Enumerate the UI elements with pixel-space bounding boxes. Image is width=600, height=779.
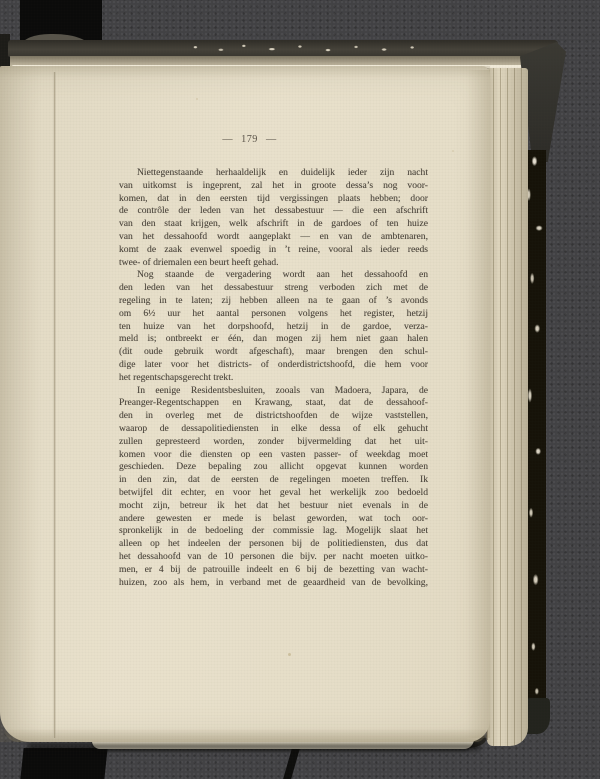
text-line: zullen gepresteerd worden, zonder bijver… [119, 436, 428, 449]
text-line: twee- of driemalen een beurt heeft gehad… [119, 257, 428, 270]
page-number: — 179 — [95, 134, 404, 145]
text-line: regeling in te laten; zij hebben alleen … [119, 295, 428, 308]
text-line: waarop de dessapolitiediensten in elke d… [119, 423, 428, 436]
text-line: geschieden. Deze bepaling zou allicht op… [119, 461, 428, 474]
book-scan-photo: — 179 — Niettegenstaande herhaaldelijk e… [0, 0, 600, 779]
text-line: komt de zaak evenwel spoedig in ’t reine… [119, 244, 428, 257]
text-line: dige later voor het districts- of onderd… [119, 359, 428, 372]
gutter-crease [53, 72, 56, 738]
text-line: van den staat krijgen, welk afschrift in… [119, 218, 428, 231]
text-line: huizen, zoo als hem, in verband met de g… [119, 577, 428, 590]
text-line: spronkelijk in de bedoeling der commissi… [119, 525, 428, 538]
page-right-shade [466, 70, 490, 738]
foxing-speck [452, 150, 454, 152]
text-line: van het dessahoofd wordt aangeplakt — en… [119, 231, 428, 244]
page-fore-edge-stack [487, 68, 528, 746]
book-top-edge-marbling [175, 42, 430, 55]
text-line: het regentschapsgerecht trekt. [119, 372, 428, 385]
gutter-shade [0, 66, 56, 742]
text-line: Preanger-Regentschappen en Krawang, staa… [119, 397, 428, 410]
text-line: den in overleg met de districtshoofden d… [119, 410, 428, 423]
text-line: (dit oude gebruik wordt afgeschaft), maa… [119, 346, 428, 359]
page-bottom-shade [4, 728, 486, 742]
page-top-shade [0, 66, 490, 78]
text-line: in den zin, dat de eersten de regelingen… [119, 474, 428, 487]
paragraph: Niettegenstaande herhaaldelijk en duidel… [119, 167, 428, 269]
text-line: andere gewesten er mede is belast geword… [119, 513, 428, 526]
text-line: om 6½ uur het aantal personen volgens he… [119, 308, 428, 321]
text-line: alleen op het indeelen der personen bij … [119, 538, 428, 551]
text-line: komen voor die diensten op een vasten pa… [119, 449, 428, 462]
text-line: de contrôle der leden van het dessabestu… [119, 205, 428, 218]
paragraph: Nog staande de vergadering wordt aan het… [119, 269, 428, 384]
text-line: Niettegenstaande herhaaldelijk en duidel… [119, 167, 428, 180]
text-line: betwijfel dit echter, en voor het geval … [119, 487, 428, 500]
text-line: men, er 4 bij de patrouille indeelt en 6… [119, 564, 428, 577]
text-block: Niettegenstaande herhaaldelijk en duidel… [119, 167, 428, 589]
text-line: het dessahoofd van de 10 personen die bi… [119, 551, 428, 564]
text-line: mocht zijn, betreur ik het dat het bestu… [119, 500, 428, 513]
text-line: van uitkomst is ingeprent, zal het in gr… [119, 180, 428, 193]
text-line: meld is; ontbreekt er één, dan mogen zij… [119, 333, 428, 346]
foxing-speck [196, 98, 198, 100]
text-line: In eenige Residentsbesluiten, zooals van… [119, 385, 428, 398]
under-page-shadow [28, 744, 480, 753]
text-line: Nog staande de vergadering wordt aan het… [119, 269, 428, 282]
text-line: komen, dat in den eersten tijd vergissin… [119, 193, 428, 206]
text-line: ten huize van het dorpshoofd, hetzij in … [119, 321, 428, 334]
text-line: den leden van het dessabestuur streng ve… [119, 282, 428, 295]
foxing-speck [288, 653, 291, 656]
paragraph: In eenige Residentsbesluiten, zooals van… [119, 385, 428, 590]
